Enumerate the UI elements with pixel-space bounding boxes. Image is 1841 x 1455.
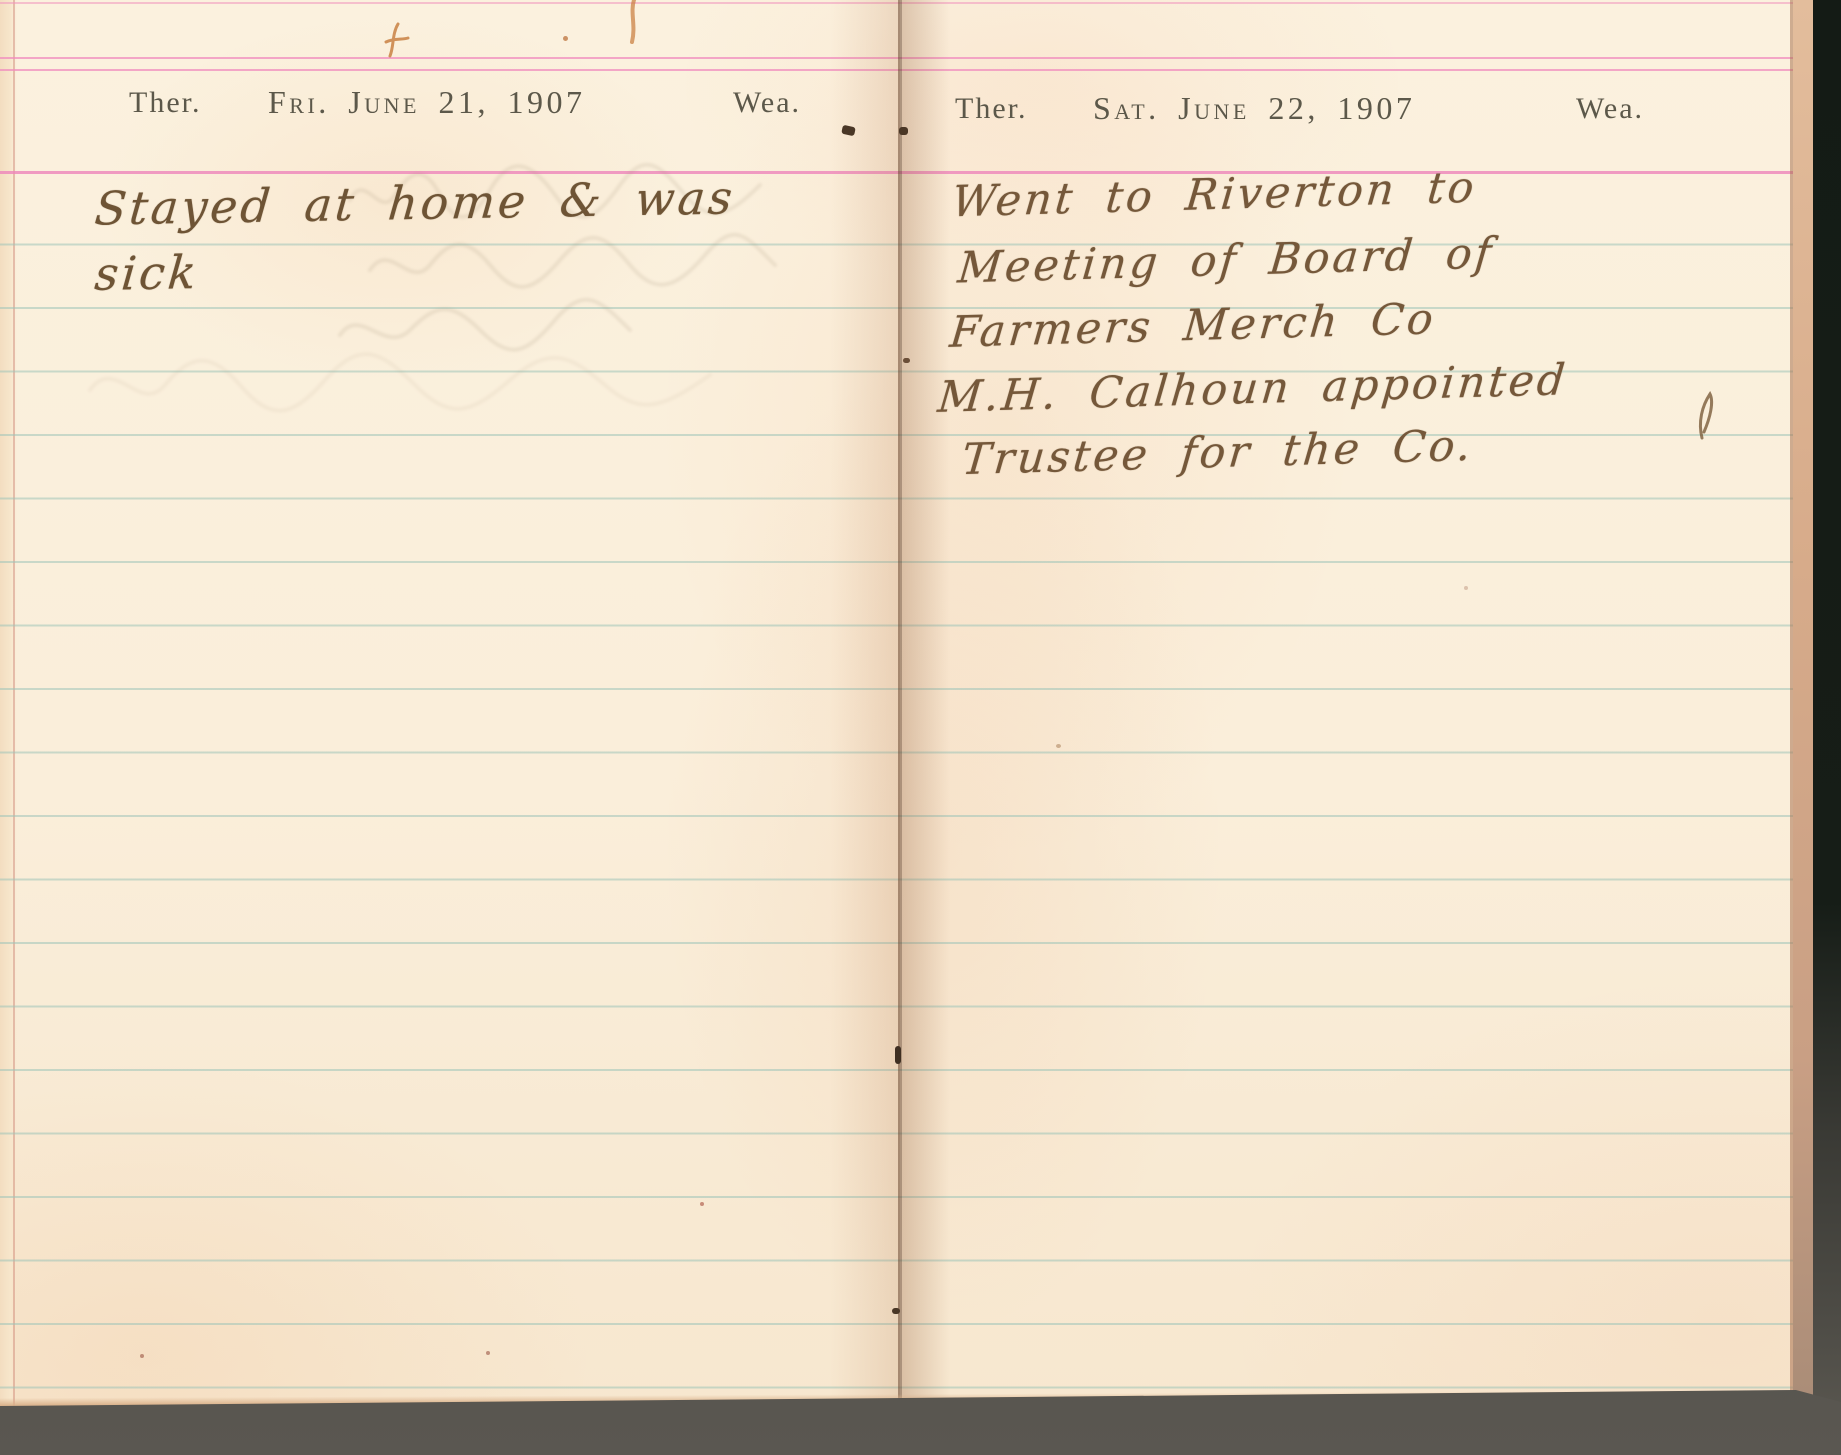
ink-speck xyxy=(140,1354,144,1358)
binding-stitch xyxy=(899,127,908,135)
ink-speck xyxy=(700,1202,704,1206)
orange-edge-mark xyxy=(620,0,650,45)
left-ther-label: Ther. xyxy=(129,86,201,120)
right-date-heading: Sat. June 22, 1907 xyxy=(1093,90,1415,127)
left-wea-label: Wea. xyxy=(733,86,801,120)
ink-speck xyxy=(486,1351,490,1355)
ink-speck xyxy=(1464,586,1468,590)
ink-speck xyxy=(1056,744,1061,748)
ink-speck xyxy=(563,36,568,41)
binding-thread xyxy=(895,1046,901,1064)
right-page-stack-edge xyxy=(1793,0,1815,1412)
left-entry-line: Stayed at home & was xyxy=(93,170,738,235)
right-ther-label: Ther. xyxy=(955,92,1027,126)
left-entry-line: sick xyxy=(93,245,202,301)
scanner-background-right xyxy=(1813,0,1841,1455)
right-wea-label: Wea. xyxy=(1576,92,1644,126)
diary-scan: Ther. Fri. June 21, 1907 Wea. Ther. Sat.… xyxy=(0,0,1841,1455)
left-date-heading: Fri. June 21, 1907 xyxy=(268,84,585,121)
gutter-shadow-left xyxy=(830,0,900,1412)
orange-pen-mark xyxy=(380,22,420,62)
binding-stitch xyxy=(903,358,910,363)
binding-stitch xyxy=(892,1308,900,1314)
gutter-shadow-right xyxy=(902,0,950,1412)
ink-bleedthrough-marks-2 xyxy=(60,330,760,470)
stray-ink-stroke xyxy=(1694,392,1720,440)
